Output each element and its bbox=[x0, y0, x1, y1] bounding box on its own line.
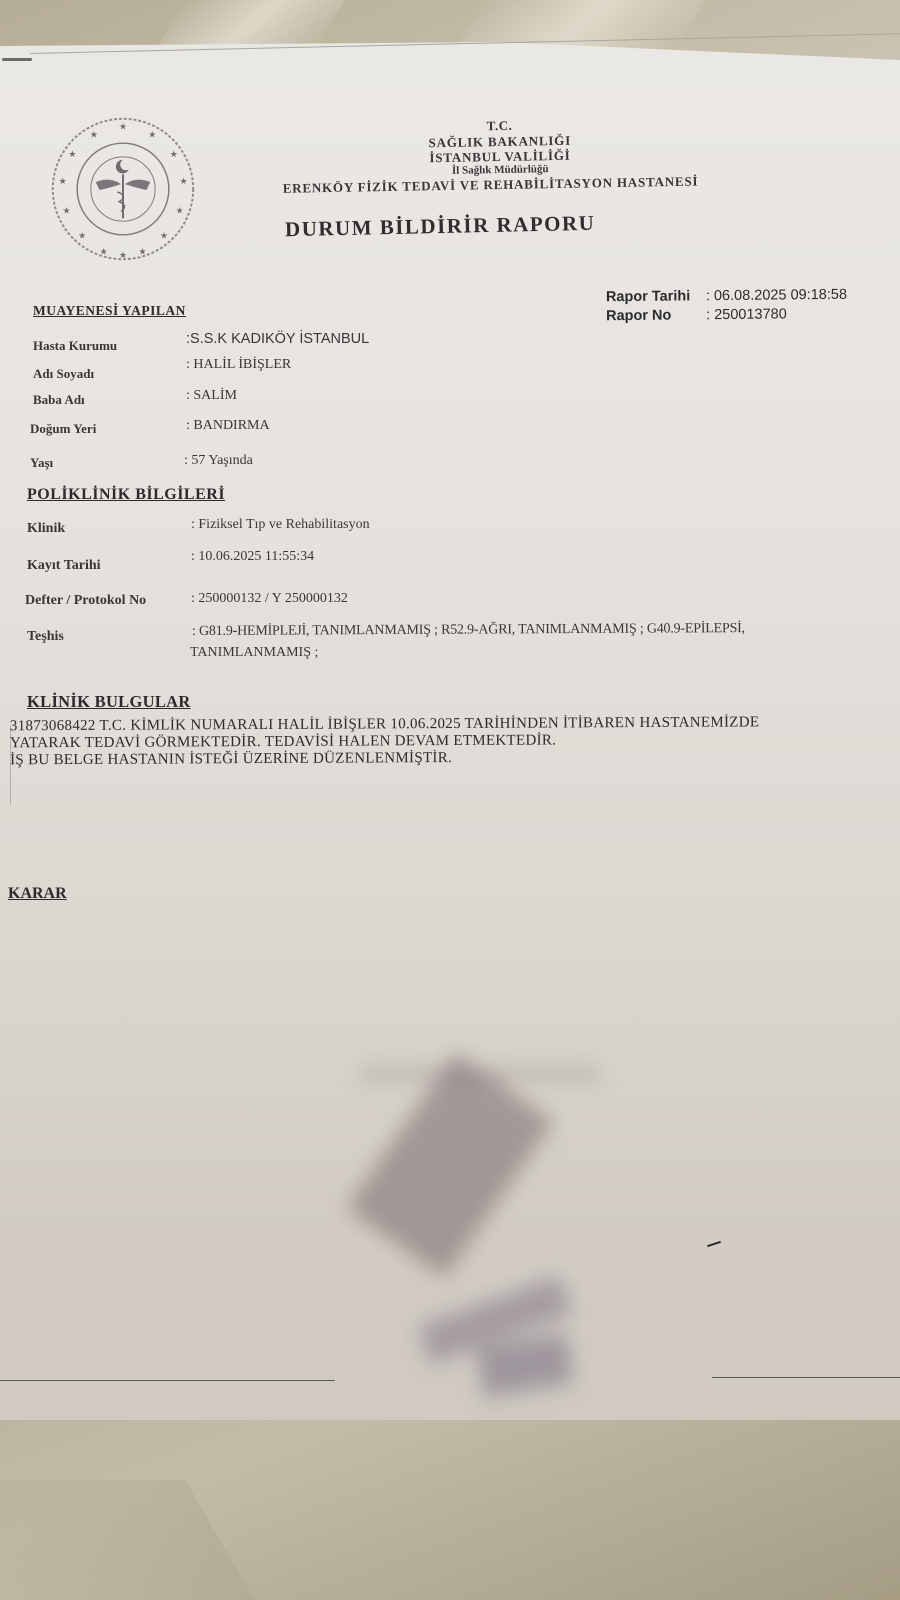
field-label-birthplace: Doğum Yeri bbox=[30, 421, 96, 437]
field-label-registration-date: Kayıt Tarihi bbox=[27, 558, 101, 574]
svg-text:★: ★ bbox=[176, 205, 184, 215]
svg-text:★: ★ bbox=[139, 246, 147, 256]
svg-text:★: ★ bbox=[180, 176, 188, 186]
decision-section-title: KARAR bbox=[8, 885, 67, 903]
field-value-father-name: : SALİM bbox=[186, 388, 237, 404]
field-label-diagnosis: Teşhis bbox=[27, 629, 64, 645]
signature-line-left bbox=[0, 1380, 335, 1381]
field-label-age: Yaşı bbox=[30, 455, 53, 471]
report-date-label: Rapor Tarihi bbox=[606, 287, 706, 307]
svg-text:★: ★ bbox=[160, 231, 168, 241]
svg-text:★: ★ bbox=[100, 246, 108, 256]
clinical-findings-text: 31873068422 T.C. KİMLİK NUMARALI HALİL İ… bbox=[10, 714, 890, 770]
field-value-birthplace: : BANDIRMA bbox=[186, 418, 270, 434]
field-label-father-name: Baba Adı bbox=[33, 392, 85, 408]
polyclinic-section-title: POLİKLİNİK BİLGİLERİ bbox=[27, 486, 225, 504]
field-value-institution: :S.S.K KADIKÖY İSTANBUL bbox=[186, 331, 369, 347]
svg-text:★: ★ bbox=[63, 205, 71, 215]
svg-text:★: ★ bbox=[68, 149, 76, 159]
ministry-seal-icon: ★ ★ ★ ★ ★ ★ ★ ★ ★ ★ ★ ★ ★ ★ bbox=[45, 115, 201, 263]
staple-icon bbox=[2, 58, 32, 61]
report-date-value: : 06.08.2025 09:18:58 bbox=[706, 286, 847, 306]
signature-line-right bbox=[712, 1377, 900, 1378]
background-fabric-fold bbox=[156, 0, 345, 50]
field-label-clinic: Klinik bbox=[27, 521, 65, 537]
field-label-institution: Hasta Kurumu bbox=[33, 338, 117, 354]
report-no-value: : 250013780 bbox=[706, 305, 787, 325]
patient-section-title: MUAYENESİ YAPILAN bbox=[33, 303, 186, 319]
field-value-age: : 57 Yaşında bbox=[184, 453, 253, 469]
field-value-name: : HALİL İBİŞLER bbox=[186, 357, 291, 373]
field-label-protocol-no: Defter / Protokol No bbox=[25, 593, 146, 609]
redacted-stamp-signature bbox=[350, 1030, 650, 1390]
svg-text:★: ★ bbox=[90, 129, 98, 139]
field-value-protocol-no: : 250000132 / Y 250000132 bbox=[191, 591, 348, 607]
svg-text:★: ★ bbox=[119, 250, 127, 260]
svg-text:★: ★ bbox=[78, 231, 86, 241]
svg-text:★: ★ bbox=[59, 176, 67, 186]
report-meta: Rapor Tarihi : 06.08.2025 09:18:58 Rapor… bbox=[606, 286, 847, 327]
report-date-row: Rapor Tarihi : 06.08.2025 09:18:58 bbox=[606, 286, 847, 308]
svg-text:★: ★ bbox=[170, 149, 178, 159]
report-no-row: Rapor No : 250013780 bbox=[606, 305, 847, 327]
field-value-diagnosis-cont: TANIMLANMAMIŞ ; bbox=[190, 645, 318, 661]
clinical-findings-title: KLİNİK BULGULAR bbox=[27, 692, 191, 712]
report-no-label: Rapor No bbox=[606, 306, 706, 326]
background-fabric-fold bbox=[0, 1480, 255, 1600]
document-header: T.C. SAĞLIK BAKANLIĞI İSTANBUL VALİLİĞİ … bbox=[249, 114, 750, 197]
svg-text:★: ★ bbox=[148, 129, 156, 139]
svg-text:★: ★ bbox=[119, 122, 127, 132]
field-value-clinic: : Fiziksel Tıp ve Rehabilitasyon bbox=[191, 517, 370, 533]
field-value-registration-date: : 10.06.2025 11:55:34 bbox=[191, 549, 314, 565]
field-label-name: Adı Soyadı bbox=[33, 366, 94, 382]
field-value-diagnosis: : G81.9-HEMİPLEJİ, TANIMLANMAMIŞ ; R52.9… bbox=[192, 621, 745, 640]
